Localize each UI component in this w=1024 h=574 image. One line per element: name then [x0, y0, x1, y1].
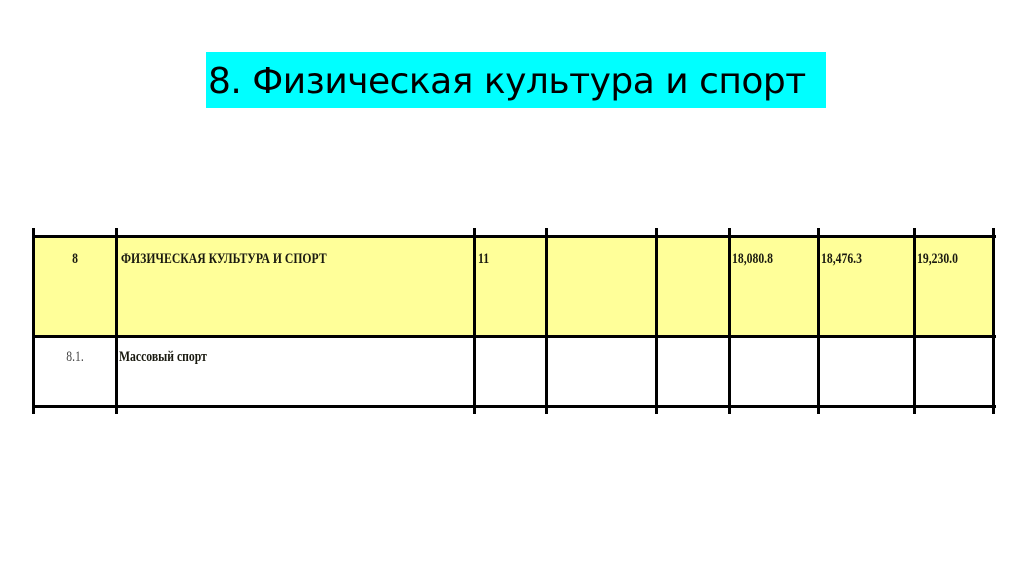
- table-col-line: [473, 228, 476, 414]
- table-col-line: [545, 228, 548, 414]
- cell-name: ФИЗИЧЕСКАЯ КУЛЬТУРА И СПОРТ: [121, 250, 327, 268]
- table-col-line: [728, 228, 731, 414]
- cell-year2: 18,476.3: [821, 250, 862, 268]
- table-col-line: [655, 228, 658, 414]
- cell-section: 11: [478, 250, 489, 268]
- table-border-top: [33, 235, 996, 238]
- cell-year1: 18,080.8: [732, 250, 773, 268]
- cell-code: 8: [44, 250, 106, 268]
- cell-code: 8.1.: [44, 348, 106, 366]
- table-col-line: [992, 228, 995, 414]
- table-col-line: [913, 228, 916, 414]
- slide-title: 8. Физическая культура и спорт: [206, 52, 826, 108]
- table-col-line: [817, 228, 820, 414]
- table-row-separator: [33, 335, 996, 338]
- table-col-line: [115, 228, 118, 414]
- table-border-bottom: [33, 405, 996, 408]
- cell-name: Массовый спорт: [119, 348, 207, 366]
- cell-year3: 19,230.0: [917, 250, 958, 268]
- table-col-line: [32, 228, 35, 414]
